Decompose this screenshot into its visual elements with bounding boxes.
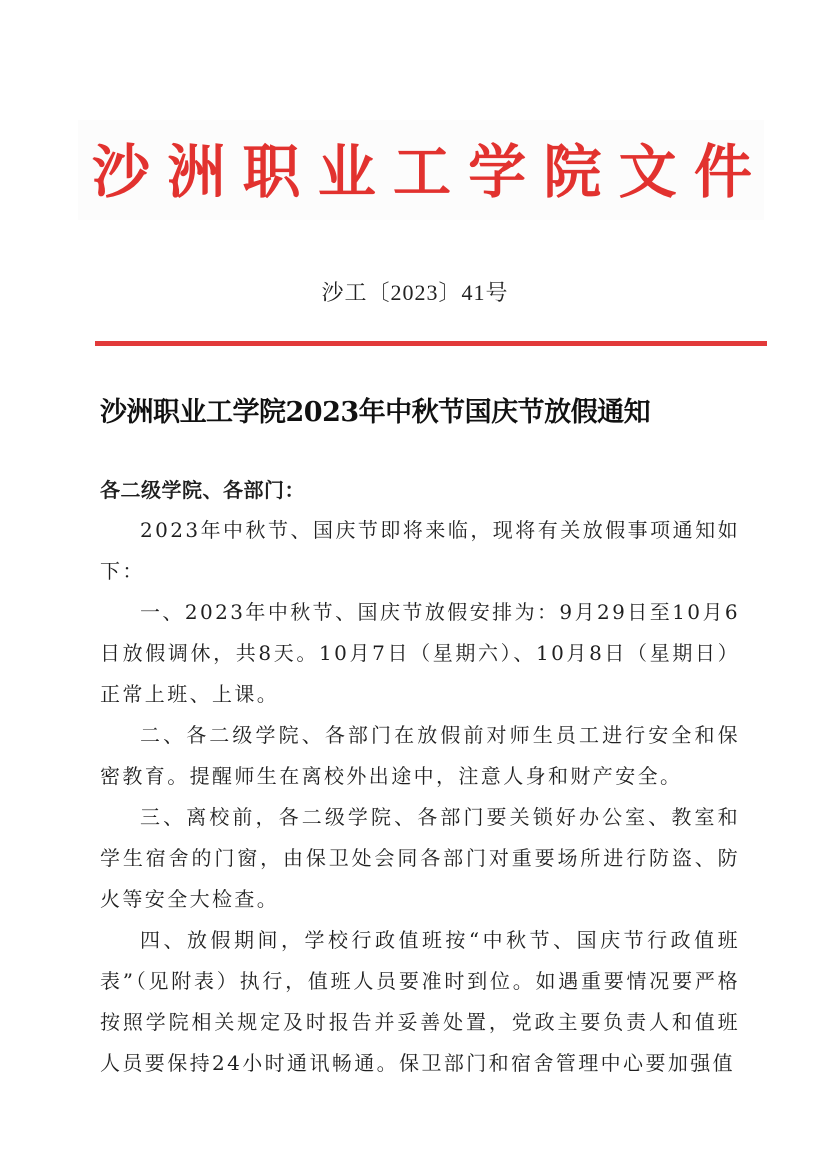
masthead-char: 沙: [92, 143, 150, 201]
paragraph-intro: 2023年中秋节、国庆节即将来临，现将有关放假事项通知如下：: [100, 510, 740, 592]
masthead-char: 学: [468, 143, 526, 201]
masthead-title: 沙 洲 职 业 工 学 院 文 件: [92, 132, 752, 212]
masthead-char: 文: [619, 143, 677, 201]
masthead-char: 件: [694, 143, 752, 201]
masthead-char: 洲: [167, 143, 225, 201]
document-page: 沙 洲 职 业 工 学 院 文 件 沙工〔2023〕41号 沙洲职业工学院202…: [0, 0, 830, 1174]
paragraph-item-2: 二、各二级学院、各部门在放假前对师生员工进行安全和保密教育。提醒师生在离校外出途…: [100, 715, 740, 797]
paragraph-item-4: 四、放假期间，学校行政值班按“中秋节、国庆节行政值班表”（见附表）执行，值班人员…: [100, 920, 740, 1084]
masthead-char: 工: [393, 143, 451, 201]
masthead-char: 业: [318, 143, 376, 201]
red-divider-rule: [95, 341, 767, 346]
document-number: 沙工〔2023〕41号: [0, 276, 830, 307]
masthead-char: 职: [242, 143, 300, 201]
paragraph-item-1: 一、2023年中秋节、国庆节放假安排为：9月29日至10月6日放假调休，共8天。…: [100, 592, 740, 715]
document-title: 沙洲职业工学院2023年中秋节国庆节放假通知: [100, 390, 780, 429]
salutation: 各二级学院、各部门：: [100, 470, 740, 510]
paragraph-item-3: 三、离校前，各二级学院、各部门要关锁好办公室、教室和学生宿舍的门窗，由保卫处会同…: [100, 797, 740, 920]
document-body: 各二级学院、各部门： 2023年中秋节、国庆节即将来临，现将有关放假事项通知如下…: [100, 470, 740, 1084]
masthead-char: 院: [543, 143, 601, 201]
